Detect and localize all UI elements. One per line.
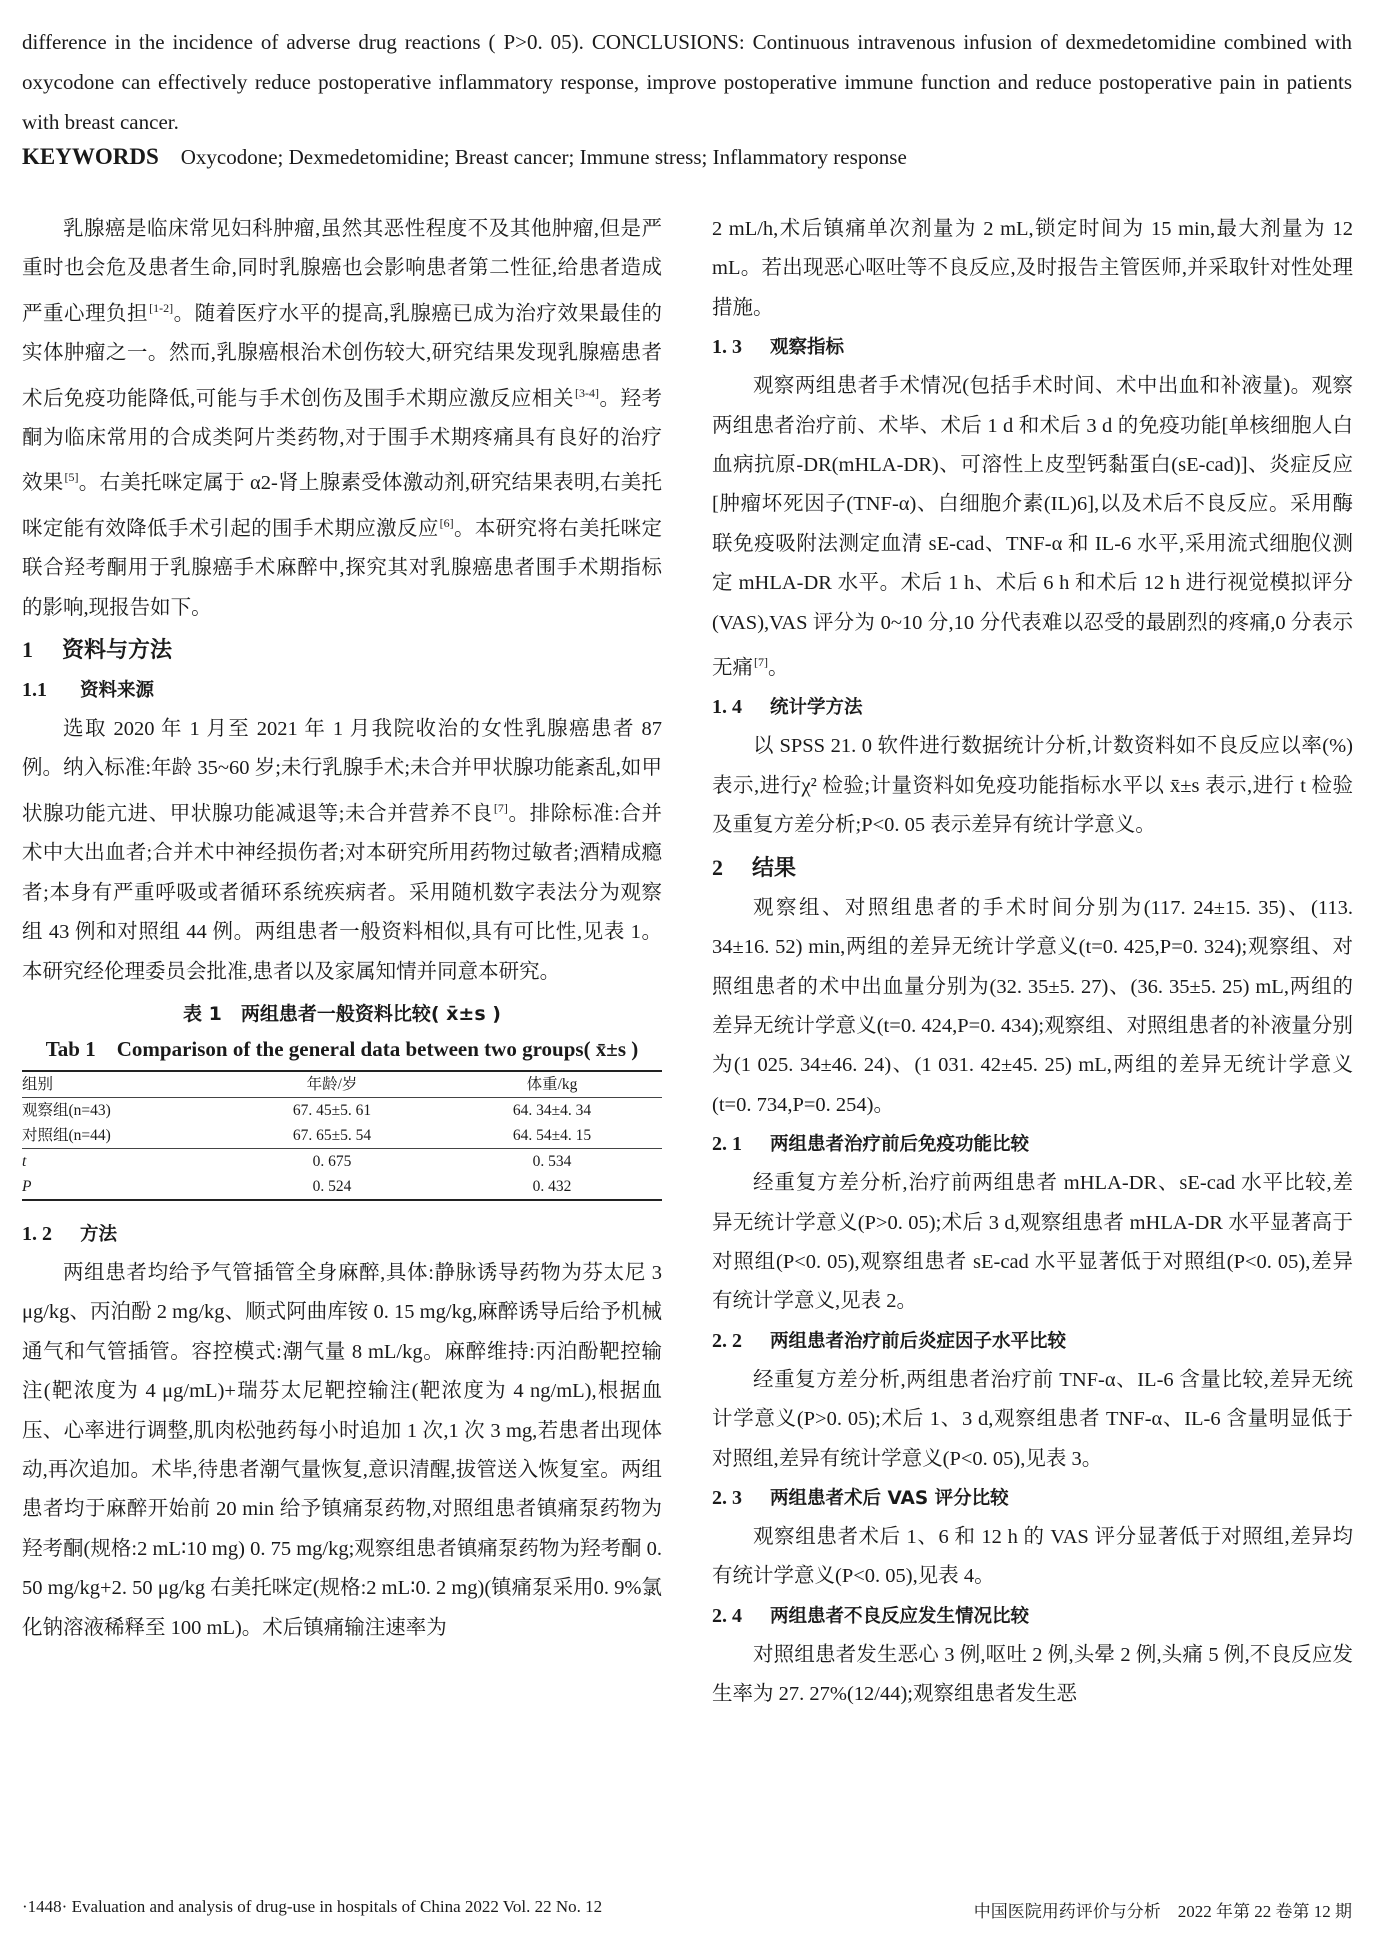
abstract-text: difference in the incidence of adverse d… — [22, 22, 1352, 142]
table1: 组别 年龄/岁 体重/kg 观察组(n=43) 67. 45±5. 61 64.… — [22, 1070, 662, 1201]
table1-caption-en: Tab 1 Comparison of the general data bet… — [22, 1032, 662, 1066]
method-continued-paragraph: 2 mL/h,术后镇痛单次剂量为 2 mL,锁定时间为 15 min,最大剂量为… — [712, 210, 1353, 328]
table-row: 对照组(n=44) 67. 65±5. 54 64. 54±4. 15 — [22, 1123, 662, 1149]
citation: [1-2] — [149, 301, 173, 315]
table-header-row: 组别 年龄/岁 体重/kg — [22, 1071, 662, 1098]
keywords-list: Oxycodone; Dexmedetomidine; Breast cance… — [181, 145, 907, 169]
table1-caption-cn: 表 1 两组患者一般资料比较( x̄±s ) — [22, 996, 662, 1032]
immune-paragraph: 经重复方差分析,治疗前两组患者 mHLA-DR、sE-cad 水平比较,差异无统… — [712, 1164, 1353, 1322]
section-heading-1-3: 1. 3观察指标 — [712, 328, 1353, 367]
method-paragraph: 两组患者均给予气管插管全身麻醉,具体:静脉诱导药物为芬太尼 3 μg/kg、丙泊… — [22, 1254, 662, 1648]
section-heading-2-1: 2. 1两组患者治疗前后免疫功能比较 — [712, 1125, 1353, 1164]
adverse-paragraph: 对照组患者发生恶心 3 例,呕吐 2 例,头晕 2 例,头痛 5 例,不良反应发… — [712, 1636, 1353, 1715]
section-heading-1-1: 1.1资料来源 — [22, 671, 662, 710]
right-column: 2 mL/h,术后镇痛单次剂量为 2 mL,锁定时间为 15 min,最大剂量为… — [712, 210, 1353, 1715]
table-row: 观察组(n=43) 67. 45±5. 61 64. 34±4. 34 — [22, 1097, 662, 1123]
keywords-label: KEYWORDS — [22, 144, 159, 169]
results-paragraph: 观察组、对照组患者的手术时间分别为(117. 24±15. 35)、(113. … — [712, 889, 1353, 1125]
intro-paragraph: 乳腺癌是临床常见妇科肿瘤,虽然其恶性程度不及其他肿瘤,但是严重时也会危及患者生命… — [22, 210, 662, 628]
statistics-paragraph: 以 SPSS 21. 0 软件进行数据统计分析,计数资料如不良反应以率(%)表示… — [712, 727, 1353, 845]
abstract-conclusion: difference in the incidence of adverse d… — [22, 22, 1352, 142]
table-row-stat-t: t 0. 675 0. 534 — [22, 1148, 662, 1174]
citation: [5] — [65, 470, 79, 484]
section-heading-2-2: 2. 2两组患者治疗前后炎症因子水平比较 — [712, 1322, 1353, 1361]
vas-paragraph: 观察组患者术后 1、6 和 12 h 的 VAS 评分显著低于对照组,差异均有统… — [712, 1518, 1353, 1597]
table-row-stat-p: P 0. 524 0. 432 — [22, 1174, 662, 1200]
citation: [6] — [440, 516, 454, 530]
footer-journal-cn: 中国医院用药评价与分析 2022 年第 22 卷第 12 期 — [974, 1897, 1352, 1922]
citation: [7] — [494, 801, 508, 815]
citation: [7] — [754, 655, 768, 669]
section-heading-1: 1资料与方法 — [22, 630, 662, 671]
section-heading-2-4: 2. 4两组患者不良反应发生情况比较 — [712, 1597, 1353, 1636]
section-heading-1-4: 1. 4统计学方法 — [712, 688, 1353, 727]
inflammation-paragraph: 经重复方差分析,两组患者治疗前 TNF-α、IL-6 含量比较,差异无统计学意义… — [712, 1361, 1353, 1479]
section-heading-2-3: 2. 3两组患者术后 VAS 评分比较 — [712, 1479, 1353, 1518]
section-heading-2: 2结果 — [712, 848, 1353, 889]
source-paragraph: 选取 2020 年 1 月至 2021 年 1 月我院收治的女性乳腺癌患者 87… — [22, 710, 662, 992]
footer-journal-en: ·1448· Evaluation and analysis of drug-u… — [22, 1897, 602, 1917]
observation-paragraph: 观察两组患者手术情况(包括手术时间、术中出血和补液量)。观察两组患者治疗前、术毕… — [712, 367, 1353, 688]
left-column: 乳腺癌是临床常见妇科肿瘤,虽然其恶性程度不及其他肿瘤,但是严重时也会危及患者生命… — [22, 210, 662, 1648]
citation: [3-4] — [575, 386, 599, 400]
section-heading-1-2: 1. 2方法 — [22, 1215, 662, 1254]
keywords: KEYWORDSOxycodone; Dexmedetomidine; Brea… — [22, 140, 907, 174]
